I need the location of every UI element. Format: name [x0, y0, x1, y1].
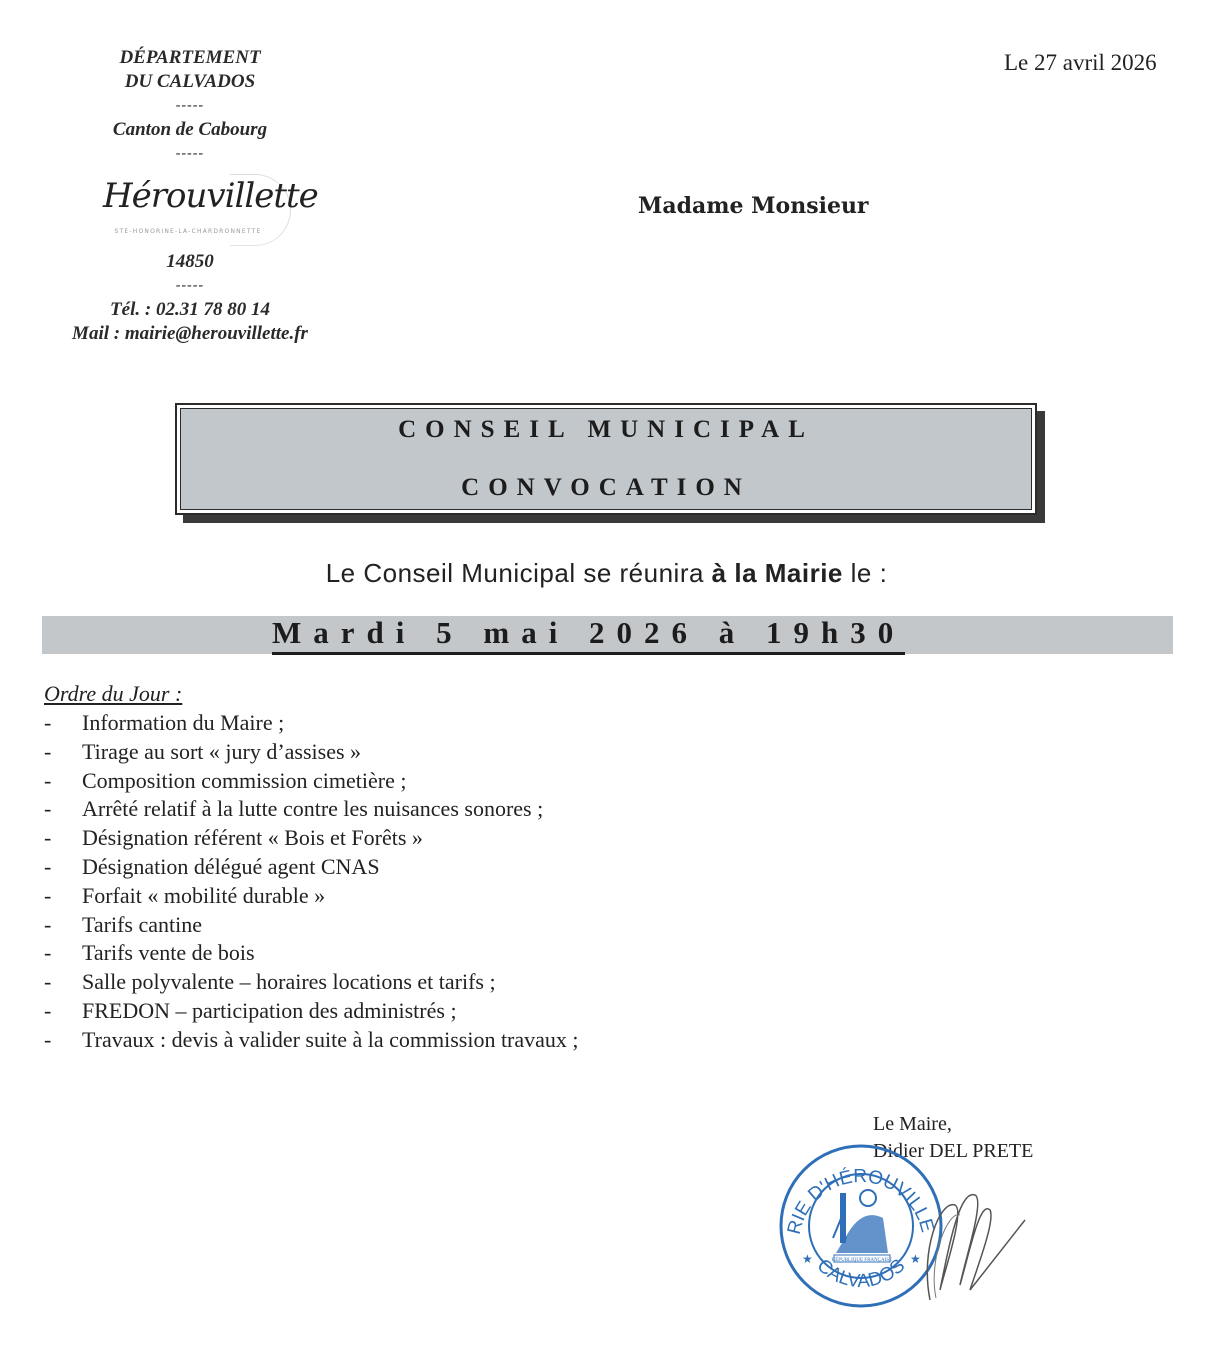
mail: Mail : mairie@herouvillette.fr [40, 322, 340, 346]
agenda-item-text: Forfait « mobilité durable » [82, 883, 325, 908]
agenda-item-text: Tirage au sort « jury d’assises » [82, 739, 361, 764]
signature-title: Le Maire, [873, 1113, 952, 1136]
bullet-dash: - [44, 795, 51, 824]
title-box-inner: CONSEIL MUNICIPAL CONVOCATION [180, 408, 1032, 510]
agenda-item-text: Salle polyvalente – horaires locations e… [82, 969, 496, 994]
title-box: CONSEIL MUNICIPAL CONVOCATION [175, 403, 1037, 515]
separator: ----- [40, 142, 340, 166]
agenda-item-text: FREDON – participation des administrés ; [82, 998, 457, 1023]
meeting-intro: Le Conseil Municipal se réunira à la Mai… [0, 558, 1213, 589]
title-line-1: CONSEIL MUNICIPAL [398, 401, 814, 459]
department-line-1: DÉPARTEMENT [40, 46, 340, 70]
canton: Canton de Cabourg [40, 118, 340, 142]
letterhead: DÉPARTEMENT DU CALVADOS ----- Canton de … [40, 46, 340, 346]
agenda-item: -Tarifs vente de bois [44, 939, 579, 968]
separator: ----- [40, 274, 340, 298]
agenda-item-text: Composition commission cimetière ; [82, 768, 406, 793]
agenda-item: -Arrêté relatif à la lutte contre les nu… [44, 795, 579, 824]
logo-subtitle: STE-HONORINE-LA-CHARDRONNETTE [103, 228, 273, 235]
agenda-item-text: Tarifs cantine [82, 912, 202, 937]
agenda-item-text: Désignation délégué agent CNAS [82, 854, 380, 879]
bullet-dash: - [44, 853, 51, 882]
agenda-item: -Tirage au sort « jury d’assises » [44, 738, 579, 767]
signature-scribble-icon [900, 1170, 1040, 1310]
agenda-item-text: Information du Maire ; [82, 710, 284, 735]
intro-text-end: le : [843, 558, 887, 588]
bullet-dash: - [44, 767, 51, 796]
agenda-item: -FREDON – participation des administrés … [44, 997, 579, 1026]
bullet-dash: - [44, 709, 51, 738]
agenda-item: -Tarifs cantine [44, 911, 579, 940]
postal-code: 14850 [40, 250, 340, 274]
agenda-item: -Désignation référent « Bois et Forêts » [44, 824, 579, 853]
agenda-item: -Composition commission cimetière ; [44, 767, 579, 796]
bullet-dash: - [44, 738, 51, 767]
intro-text: Le Conseil Municipal se réunira [326, 558, 712, 588]
title-line-2: CONVOCATION [461, 459, 751, 517]
separator: ----- [40, 94, 340, 118]
agenda-item-text: Tarifs vente de bois [82, 940, 255, 965]
svg-text:RÉPUBLIQUE FRANÇAISE: RÉPUBLIQUE FRANÇAISE [832, 1257, 892, 1263]
department-line-2: DU CALVADOS [40, 70, 340, 94]
letter-date: Le 27 avril 2026 [1004, 50, 1157, 76]
agenda-item-text: Arrêté relatif à la lutte contre les nui… [82, 796, 543, 821]
intro-location: à la Mairie [712, 558, 843, 588]
bullet-dash: - [44, 882, 51, 911]
bullet-dash: - [44, 1026, 51, 1055]
agenda-item-text: Désignation référent « Bois et Forêts » [82, 825, 423, 850]
agenda-item: -Désignation délégué agent CNAS [44, 853, 579, 882]
meeting-date: Mardi 5 mai 2026 à 19h30 [272, 614, 905, 655]
svg-text:★: ★ [802, 1252, 813, 1266]
bullet-dash: - [44, 911, 51, 940]
logo-name: Hérouvillette [103, 176, 318, 216]
bullet-dash: - [44, 824, 51, 853]
agenda-item-text: Travaux : devis à valider suite à la com… [82, 1027, 579, 1052]
bullet-dash: - [44, 968, 51, 997]
agenda-title: Ordre du Jour : [44, 681, 182, 707]
phone: Tél. : 02.31 78 80 14 [40, 298, 340, 322]
town-logo: Hérouvillette STE-HONORINE-LA-CHARDRONNE… [95, 174, 285, 246]
bullet-dash: - [44, 939, 51, 968]
bullet-dash: - [44, 997, 51, 1026]
recipient: Madame Monsieur [638, 193, 869, 219]
agenda-item: -Salle polyvalente – horaires locations … [44, 968, 579, 997]
agenda-item: -Information du Maire ; [44, 709, 579, 738]
agenda-item: -Forfait « mobilité durable » [44, 882, 579, 911]
agenda-item: -Travaux : devis à valider suite à la co… [44, 1026, 579, 1055]
agenda-list: -Information du Maire ;-Tirage au sort «… [44, 709, 579, 1055]
